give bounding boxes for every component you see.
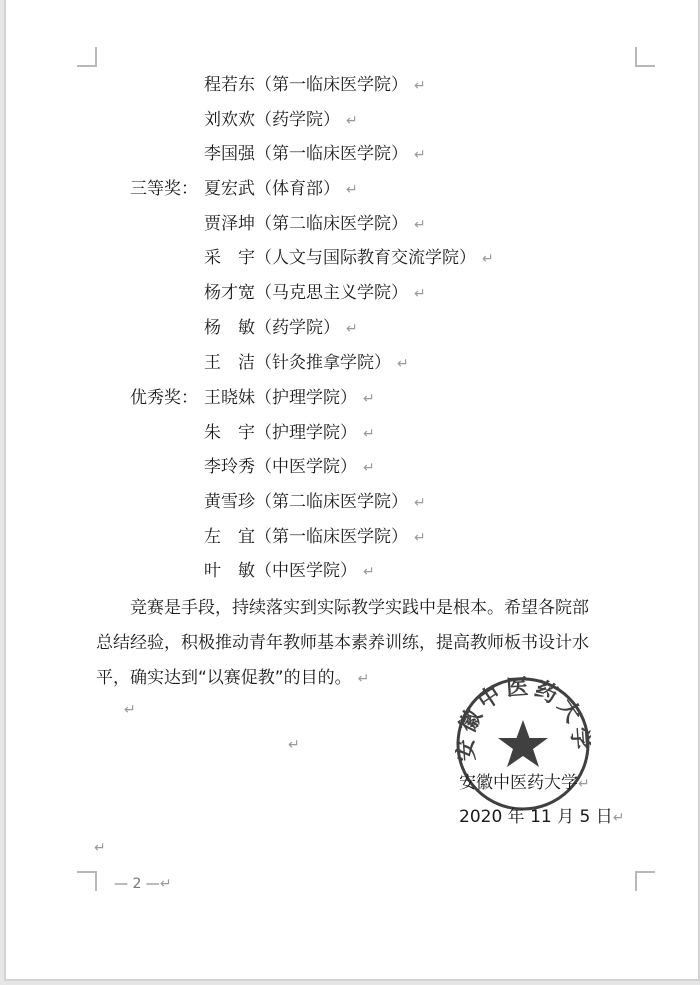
entry-name: 李国强 xyxy=(204,144,255,164)
paragraph-mark-icon: ↵ xyxy=(346,113,358,129)
margin-corner-bottom-right xyxy=(635,871,655,891)
entry-dept: （第二临床医学院） xyxy=(255,492,408,512)
paragraph-mark-icon: ↵ xyxy=(94,838,106,858)
entry-name: 程若东 xyxy=(204,75,255,95)
entry-dept: （人文与国际教育交流学院） xyxy=(255,248,476,268)
paragraph-mark-icon: ↵ xyxy=(414,286,426,302)
entry-name: 采 宇 xyxy=(204,248,255,268)
entry-name: 王 洁 xyxy=(204,353,255,373)
entry-name: 左 宜 xyxy=(204,527,255,547)
entry-dept: （药学院） xyxy=(255,318,340,338)
closing-paragraph-line-1: 竞赛是手段，持续落实到实际教学实践中是根本。希望各院部 xyxy=(130,598,589,618)
paragraph-mark-icon: ↵ xyxy=(358,671,370,687)
paragraph-mark-icon: ↵ xyxy=(346,182,358,198)
entry-dept: （体育部） xyxy=(255,179,340,199)
award-entry: 朱 宇（护理学院）↵ xyxy=(204,423,375,444)
margin-corner-top-left xyxy=(77,47,97,67)
page-number: — 2 —↵ xyxy=(114,876,172,892)
paragraph-mark-icon: ↵ xyxy=(288,735,300,755)
award-entry: 黄雪珍（第二临床医学院）↵ xyxy=(204,492,426,513)
document-page: 程若东（第一临床医学院）↵ 刘欢欢（药学院）↵ 李国强（第一临床医学院）↵ 三等… xyxy=(4,0,700,981)
paragraph-mark-icon: ↵ xyxy=(414,78,426,94)
entry-dept: （马克思主义学院） xyxy=(255,283,408,303)
award-entry: 杨才宽（马克思主义学院）↵ xyxy=(204,283,426,304)
entry-dept: （针灸推拿学院） xyxy=(255,353,391,373)
award-entry: 夏宏武（体育部）↵ xyxy=(204,179,358,200)
entry-name: 朱 宇 xyxy=(204,423,255,443)
award-entry: 程若东（第一临床医学院）↵ xyxy=(204,75,426,96)
award-entry: 李国强（第一临床医学院）↵ xyxy=(204,144,426,165)
paragraph-mark-icon: ↵ xyxy=(363,460,375,476)
closing-paragraph-line-2: 总结经验，积极推动青年教师基本素养训练，提高教师板书设计水 xyxy=(96,633,589,653)
paragraph-mark-icon: ↵ xyxy=(414,147,426,163)
entry-name: 黄雪珍 xyxy=(204,492,255,512)
paragraph-mark-icon: ↵ xyxy=(346,321,358,337)
award-entry: 叶 敏（中医学院）↵ xyxy=(204,561,375,582)
paragraph-mark-icon: ↵ xyxy=(363,564,375,580)
award-entry: 左 宜（第一临床医学院）↵ xyxy=(204,527,426,548)
entry-name: 夏宏武 xyxy=(204,179,255,199)
award-entry: 刘欢欢（药学院）↵ xyxy=(204,110,358,131)
award-entry: 杨 敏（药学院）↵ xyxy=(204,318,358,339)
entry-dept: （药学院） xyxy=(255,110,340,130)
paragraph-mark-icon: ↵ xyxy=(160,876,172,892)
paragraph-mark-icon: ↵ xyxy=(482,251,494,267)
paragraph-mark-icon: ↵ xyxy=(414,217,426,233)
margin-corner-bottom-left xyxy=(77,871,97,891)
closing-paragraph-line-3: 平，确实达到“以赛促教”的目的。↵ xyxy=(96,668,369,689)
entry-name: 杨 敏 xyxy=(204,318,255,338)
entry-dept: （护理学院） xyxy=(255,423,357,443)
paragraph-mark-icon: ↵ xyxy=(414,530,426,546)
paragraph-mark-icon: ↵ xyxy=(613,810,625,826)
entry-dept: （第一临床医学院） xyxy=(255,527,408,547)
margin-corner-top-right xyxy=(635,47,655,67)
excellence-prize-label: 优秀奖： xyxy=(130,388,198,408)
paragraph-mark-icon: ↵ xyxy=(397,356,409,372)
entry-dept: （护理学院） xyxy=(255,388,357,408)
award-entry: 王晓妹（护理学院）↵ xyxy=(204,388,375,409)
entry-name: 王晓妹 xyxy=(204,388,255,408)
paragraph-mark-icon: ↵ xyxy=(124,700,136,720)
signature-organization: 安徽中医药大学↵ xyxy=(459,768,590,793)
entry-dept: （第二临床医学院） xyxy=(255,214,408,234)
entry-dept: （第一临床医学院） xyxy=(255,75,408,95)
paragraph-mark-icon: ↵ xyxy=(414,495,426,511)
paragraph-mark-icon: ↵ xyxy=(363,426,375,442)
award-entry: 采 宇（人文与国际教育交流学院）↵ xyxy=(204,248,494,269)
third-prize-label: 三等奖： xyxy=(130,179,198,199)
entry-dept: （中医学院） xyxy=(255,457,357,477)
award-entry: 贾泽坤（第二临床医学院）↵ xyxy=(204,214,426,235)
entry-name: 贾泽坤 xyxy=(204,214,255,234)
award-entry: 王 洁（针灸推拿学院）↵ xyxy=(204,353,409,374)
award-entry: 李玲秀（中医学院）↵ xyxy=(204,457,375,478)
entry-name: 李玲秀 xyxy=(204,457,255,477)
entry-name: 杨才宽 xyxy=(204,283,255,303)
paragraph-mark-icon: ↵ xyxy=(363,391,375,407)
signature-date: 2020 年 11 月 5 日↵ xyxy=(459,802,624,827)
entry-dept: （第一临床医学院） xyxy=(255,144,408,164)
entry-name: 刘欢欢 xyxy=(204,110,255,130)
paragraph-mark-icon: ↵ xyxy=(578,776,590,792)
entry-name: 叶 敏 xyxy=(204,561,255,581)
entry-dept: （中医学院） xyxy=(255,561,357,581)
